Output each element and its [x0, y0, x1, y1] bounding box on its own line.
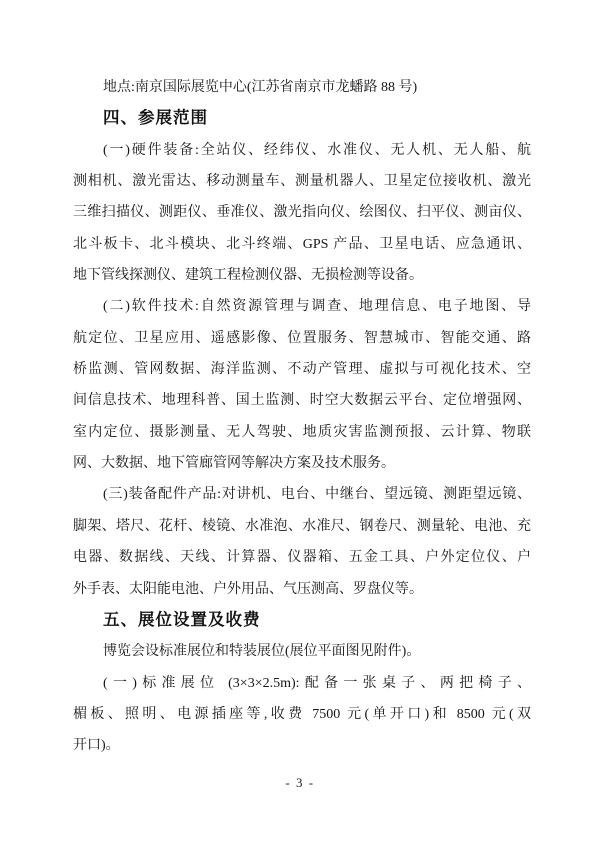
document-line: (一)标准展位 (3×3×2.5m):配备一张桌子、两把椅子、 [73, 668, 531, 699]
document-line: (一)硬件装备:全站仪、经纬仪、水准仪、无人机、无人船、航 [73, 135, 531, 166]
document-line: 三维扫描仪、测距仪、垂准仪、激光指向仪、绘图仪、扫平仪、测亩仪、 [73, 197, 531, 228]
document-line: (二)软件技术:自然资源管理与调查、地理信息、电子地图、导 [73, 291, 531, 322]
document-line: 室内定位、摄影测量、无人驾驶、地质灾害监测预报、云计算、物联 [73, 417, 531, 448]
document-line: 电器、数据线、天线、计算器、仪器箱、五金工具、户外定位仪、户 [73, 542, 531, 573]
document-line: 间信息技术、地理科普、国土监测、时空大数据云平台、定位增强网、 [73, 385, 531, 416]
section-heading: 五、展位设置及收费 [73, 605, 531, 636]
document-line: 地下管线探测仪、建筑工程检测仪器、无损检测等设备。 [73, 260, 531, 291]
document-line: 开口)。 [73, 730, 531, 761]
document-line: 楣板、照明、电源插座等,收费 7500 元(单开口)和 8500 元(双 [73, 699, 531, 730]
document-line: 地点:南京国际展览中心(江苏省南京市龙蟠路 88 号) [73, 72, 531, 103]
document-line: 测相机、激光雷达、移动测量车、测量机器人、卫星定位接收机、激光 [73, 166, 531, 197]
page-number: - 3 - [0, 775, 600, 791]
document-line: 网、大数据、地下管廊管网等解决方案及技术服务。 [73, 448, 531, 479]
document-page: 地点:南京国际展览中心(江苏省南京市龙蟠路 88 号)四、参展范围(一)硬件装备… [0, 0, 600, 848]
document-line: 桥监测、管网数据、海洋监测、不动产管理、虚拟与可视化技术、空 [73, 354, 531, 385]
document-line: 博览会设标准展位和特装展位(展位平面图见附件)。 [73, 636, 531, 667]
document-line: 脚架、塔尺、花杆、棱镜、水准泡、水准尺、钢卷尺、测量轮、电池、充 [73, 511, 531, 542]
document-line: 外手表、太阳能电池、户外用品、气压测高、罗盘仪等。 [73, 574, 531, 605]
document-line: 北斗板卡、北斗模块、北斗终端、GPS 产品、卫星电话、应急通讯、 [73, 229, 531, 260]
section-heading: 四、参展范围 [73, 103, 531, 134]
document-line: (三)装备配件产品:对讲机、电台、中继台、望远镜、测距望远镜、 [73, 479, 531, 510]
document-body: 地点:南京国际展览中心(江苏省南京市龙蟠路 88 号)四、参展范围(一)硬件装备… [73, 72, 531, 762]
document-line: 航定位、卫星应用、遥感影像、位置服务、智慧城市、智能交通、路 [73, 323, 531, 354]
